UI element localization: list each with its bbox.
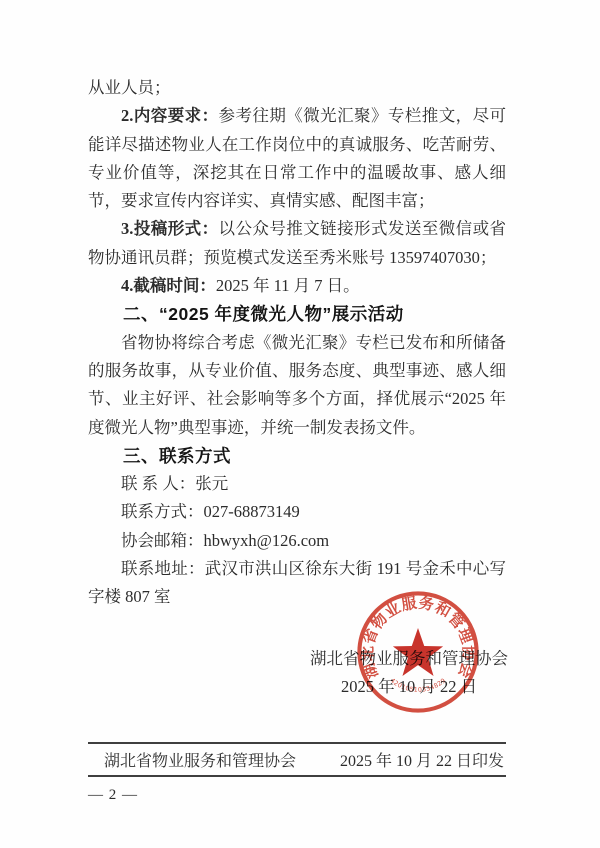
- section-2-heading: 二、“2025 年度微光人物”展示活动: [88, 300, 506, 328]
- footer-issuer: 湖北省物业服务和管理协会: [88, 748, 296, 771]
- contact-address-line: 联系地址：武汉市洪山区徐东大街 191 号金禾中心写字楼 807 室: [88, 555, 506, 612]
- footer-print-date: 2025 年 10 月 22 日印发: [340, 748, 506, 771]
- item-2-label: 2.内容要求：: [121, 106, 219, 125]
- section-3-heading: 三、联系方式: [88, 442, 506, 470]
- signature-block: 湖北省物业服务和管理协会 2025 年 10 月 22 日: [308, 645, 510, 701]
- item-3-label: 3.投稿形式：: [121, 219, 219, 238]
- document-page: 从业人员； 2.内容要求：参考往期《微光汇聚》专栏推文，尽可能详尽描述物业人在工…: [0, 0, 600, 848]
- item-4-label: 4.截稿时间：: [121, 276, 216, 295]
- paragraph-item-3: 3.投稿形式：以公众号推文链接形式发送至微信或省物协通讯员群；预览模式发送至秀米…: [88, 215, 506, 272]
- item-4-text: 2025 年 11 月 7 日。: [216, 276, 360, 295]
- contact-phone-line: 联系方式：027-68873149: [88, 498, 506, 526]
- signature-org: 湖北省物业服务和管理协会: [308, 645, 510, 673]
- paragraph-item-2: 2.内容要求：参考往期《微光汇聚》专栏推文，尽可能详尽描述物业人在工作岗位中的真…: [88, 102, 506, 215]
- page-number: — 2 —: [88, 787, 138, 804]
- paragraph-continuation: 从业人员；: [88, 74, 506, 102]
- signature-date: 2025 年 10 月 22 日: [308, 673, 510, 701]
- contact-person-line: 联 系 人：张元: [88, 470, 506, 498]
- section-2-paragraph: 省物协将综合考虑《微光汇聚》专栏已发布和所储备的服务故事，从专业价值、服务态度、…: [88, 329, 506, 442]
- contact-email-line: 协会邮箱：hbwyxh@126.com: [88, 527, 506, 555]
- paragraph-item-4: 4.截稿时间：2025 年 11 月 7 日。: [88, 272, 506, 300]
- document-body: 从业人员； 2.内容要求：参考往期《微光汇聚》专栏推文，尽可能详尽描述物业人在工…: [88, 74, 506, 612]
- footer-bar: 湖北省物业服务和管理协会 2025 年 10 月 22 日印发: [88, 742, 506, 777]
